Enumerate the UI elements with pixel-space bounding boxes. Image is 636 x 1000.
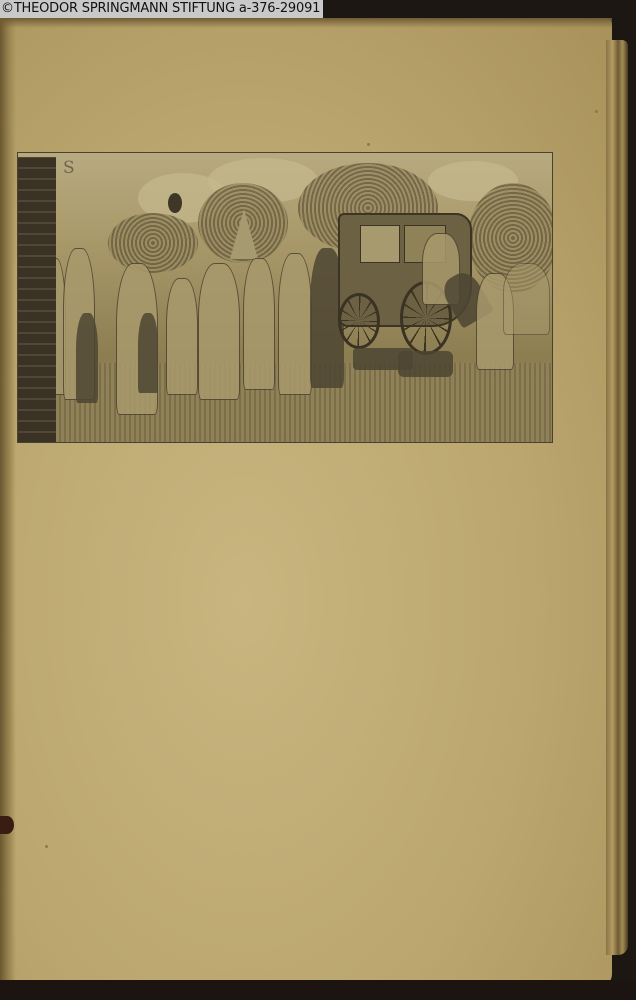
paper-speck [45,845,48,848]
luggage-pile [398,351,453,377]
carriage-wheel [338,293,380,349]
page-gutter [0,18,16,988]
woman-figure [278,253,312,395]
watermark-text: THEODOR SPRINGMANN STIFTUNG a-376-29091 [14,1,320,16]
thrown-hat [168,193,182,213]
church-spire [230,209,258,259]
binding-stain [0,816,14,834]
bottom-shadow [0,980,636,1000]
plate-letter: S [63,158,75,178]
copyright-watermark: ©THEODOR SPRINGMANN STIFTUNG a-376-29091 [0,0,323,18]
boy-figure [166,278,198,395]
woman-figure [243,258,275,390]
page-fore-edge [606,40,628,955]
paper-speck [595,110,598,113]
bowing-man-figure [198,263,240,400]
stone-pillar [18,157,56,442]
child-figure [76,313,98,403]
coat-figure [138,313,158,393]
carriage-door [360,225,400,263]
copyright-symbol: © [1,1,14,16]
distant-crowd [503,263,550,335]
page-top-shadow [0,18,612,28]
paper-speck [367,143,370,146]
engraving-plate: S [17,152,553,443]
tree [108,213,198,273]
